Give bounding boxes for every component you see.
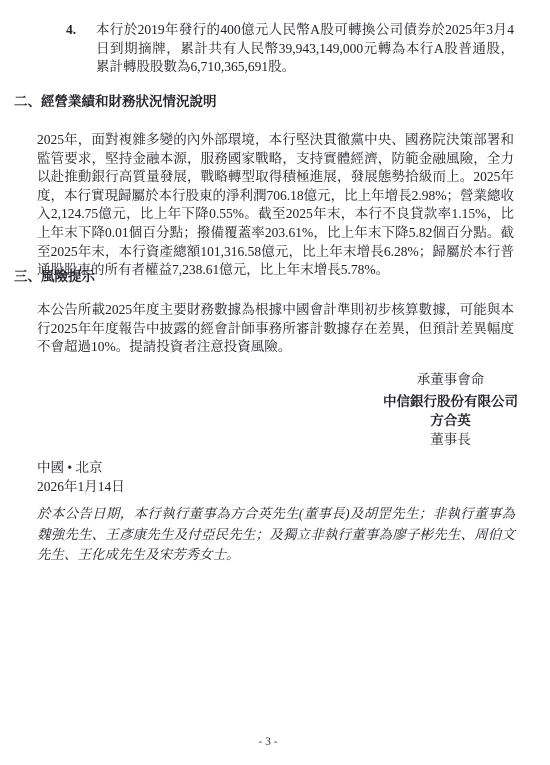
announcement-page: 4. 本行於2019年發行的400億元人民幣A股可轉換公司債券於2025年3月4… bbox=[0, 0, 550, 765]
signature-chairman-title: 董事長 bbox=[430, 431, 471, 449]
place-line: 中國 • 北京 bbox=[37, 459, 102, 477]
signature-by-order-of-board: 承董事會命 bbox=[417, 371, 485, 389]
section-heading-risk-warning: 三、風險提示 bbox=[14, 268, 95, 285]
item-number: 4. bbox=[66, 21, 96, 77]
page-number: - 3 - bbox=[0, 736, 536, 748]
item-text: 本行於2019年發行的400億元人民幣A股可轉換公司債券於2025年3月4日到期… bbox=[96, 21, 514, 77]
section-body-risk-warning: 本公告所載2025年度主要財務數據為根據中國會計準則初步核算數據，可能與本行20… bbox=[37, 301, 514, 357]
date-line: 2026年1月14日 bbox=[37, 478, 125, 496]
signature-block: 承董事會命 中信銀行股份有限公司 方合英 董事長 bbox=[368, 371, 533, 450]
section-body-business-results: 2025年，面對複雜多變的內外部環境，本行堅決貫徹黨中央、國務院決策部署和監管要… bbox=[37, 131, 514, 280]
numbered-item-4: 4. 本行於2019年發行的400億元人民幣A股可轉換公司債券於2025年3月4… bbox=[66, 21, 514, 77]
section-heading-business-results: 二、經營業績和財務狀況情況說明 bbox=[14, 93, 217, 110]
directors-note: 於本公告日期，本行執行董事為方合英先生(董事長)及胡罡先生；非執行董事為魏強先生… bbox=[37, 504, 515, 566]
signature-chairman-name: 方合英 bbox=[430, 412, 471, 430]
signature-company-name: 中信銀行股份有限公司 bbox=[383, 393, 518, 411]
